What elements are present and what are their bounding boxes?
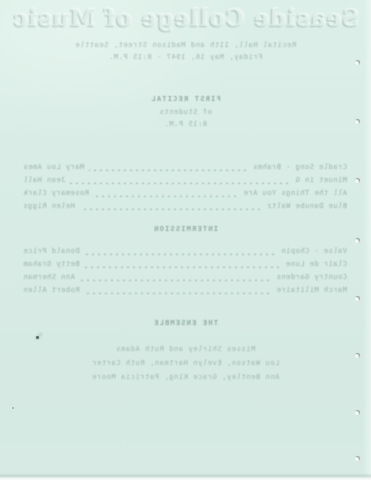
ghost-program-row: March Militaire Robert Allen xyxy=(23,286,347,294)
ghost-performer: Helen Riggs xyxy=(23,202,75,210)
binder-hole xyxy=(355,456,360,461)
ghost-program-row: Valse - Chopin Donald Price xyxy=(23,247,347,255)
ghost-college-title: Seaside College of Music xyxy=(0,5,371,32)
dot-leader xyxy=(85,252,276,255)
binder-hole xyxy=(355,410,360,415)
ghost-intermission-heading: INTERMISSION xyxy=(0,225,371,233)
ghost-program-row: Blue Danube Waltz Helen Riggs xyxy=(23,202,347,210)
paper-speck xyxy=(12,407,14,409)
ghost-program-row: All the Things You Are Rosemary Clark xyxy=(23,189,347,197)
ghost-program-row: Country Gardens Ann Sherman xyxy=(23,273,347,281)
ghost-ensemble-line: Ann Bentley, Grace King, Patricia Moore xyxy=(0,373,371,381)
ghost-ensemble-line: Lou Watson, Evelyn Hartman, Ruth Carter xyxy=(0,359,371,367)
ghost-performer: Rosemary Clark xyxy=(23,189,89,197)
ghost-performer: Ann Sherman xyxy=(23,273,75,281)
ghost-ensemble-heading: THE ENSEMBLE xyxy=(0,319,371,327)
ghost-recital-heading: FIRST RECITAL xyxy=(0,95,371,103)
binder-hole xyxy=(355,60,360,65)
dot-leader xyxy=(80,207,262,210)
ghost-piece-title: Cradle Song - Brahms xyxy=(253,163,347,171)
ghost-piece-title: Valse - Chopin xyxy=(281,247,347,255)
ghost-ensemble-line: Misses Shirley and Ruth Adams xyxy=(0,345,371,353)
dot-leader xyxy=(85,265,281,268)
ghost-program-row: Cradle Song - Brahms Mary Lou Ames xyxy=(23,163,347,171)
ghost-program-row: Clair de Lune Betty Graham xyxy=(23,260,347,268)
scanned-page: Seaside College of Music Recital Hall, 1… xyxy=(0,0,371,480)
dot-leader xyxy=(80,278,271,281)
ghost-address-line: Recital Hall, 11th and Madison Street, S… xyxy=(0,41,371,49)
ghost-performer: Donald Price xyxy=(23,247,80,255)
ghost-piece-title: Blue Danube Waltz xyxy=(267,202,347,210)
ghost-performer: Robert Allen xyxy=(23,286,80,294)
ghost-piece-title: March Militaire xyxy=(276,286,347,294)
dot-leader xyxy=(89,168,247,171)
ghost-program-row: Minuet in G Jean Hall xyxy=(23,176,347,184)
page-edge-bottom xyxy=(0,473,371,480)
ghost-date-line: Friday, May 16, 1947 - 8:15 P.M. xyxy=(0,53,371,61)
ghost-recital-subline-2: 8:15 P.M. xyxy=(0,120,371,128)
binder-hole xyxy=(355,353,360,358)
binder-hole xyxy=(355,178,360,183)
dot-leader xyxy=(85,291,272,294)
page-edge-right xyxy=(363,0,371,480)
ink-speck xyxy=(36,336,39,339)
ghost-piece-title: Clair de Lune xyxy=(286,260,347,268)
ghost-piece-title: Country Gardens xyxy=(276,273,347,281)
ghost-performer: Mary Lou Ames xyxy=(23,163,84,171)
ghost-performer: Betty Graham xyxy=(23,260,80,268)
ghost-recital-subline-1: of Students xyxy=(0,108,371,116)
binder-hole xyxy=(355,296,360,301)
dot-leader xyxy=(94,194,238,197)
ghost-performer: Jean Hall xyxy=(23,176,65,184)
binder-hole xyxy=(355,119,360,124)
ghost-piece-title: Minuet in G xyxy=(295,176,347,184)
ghost-piece-title: All the Things You Are xyxy=(243,189,347,197)
dot-leader xyxy=(70,181,290,184)
bleed-through-layer: Seaside College of Music Recital Hall, 1… xyxy=(0,0,371,480)
binder-hole xyxy=(355,238,360,243)
